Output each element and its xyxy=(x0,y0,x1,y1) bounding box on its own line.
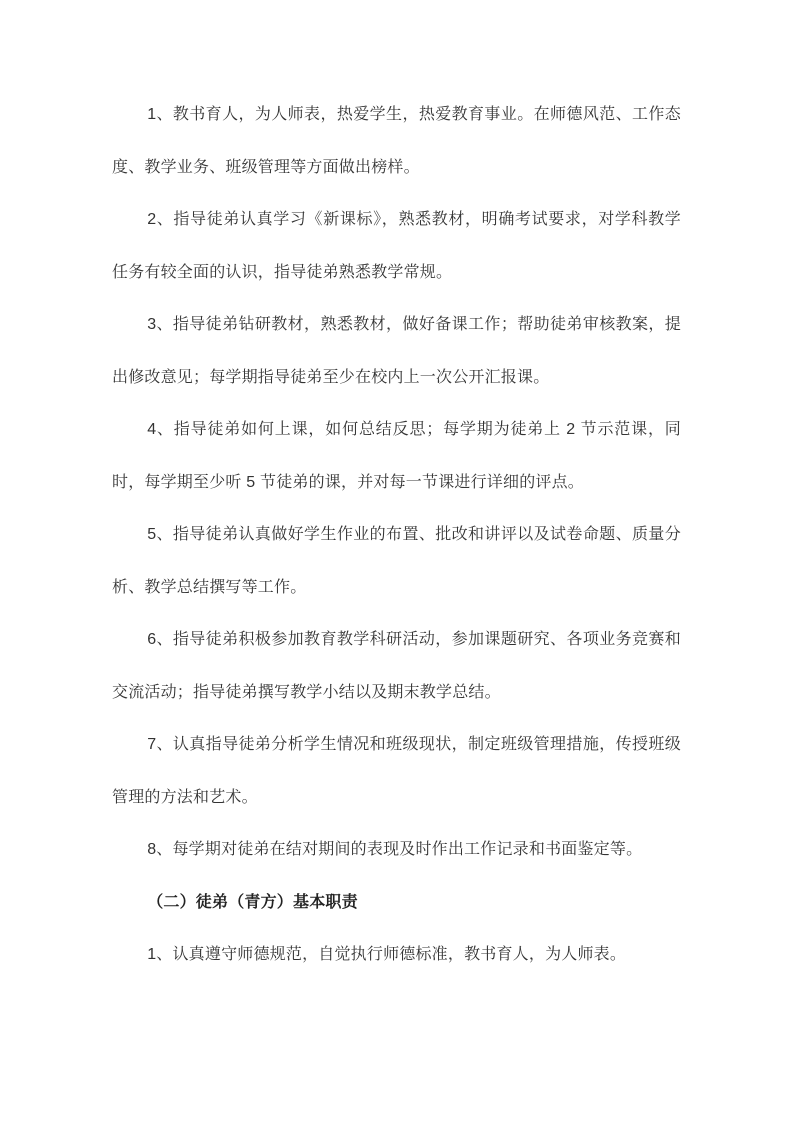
body-paragraph-8: 8、每学期对徒弟在结对期间的表现及时作出工作记录和书面鉴定等。 xyxy=(112,824,681,877)
body-paragraph-7: 7、认真指导徒弟分析学生情况和班级现状，制定班级管理措施，传授班级管理的方法和艺… xyxy=(112,719,681,824)
document-page: 1、教书育人，为人师表，热爱学生，热爱教育事业。在师德风范、工作态度、教学业务、… xyxy=(0,0,793,1122)
body-paragraph-2: 2、指导徒弟认真学习《新课标》，熟悉教材，明确考试要求，对学科教学任务有较全面的… xyxy=(112,194,681,299)
section-heading: （二）徒弟（青方）基本职责 xyxy=(112,877,681,930)
body-paragraph-5: 5、指导徒弟认真做好学生作业的布置、批改和讲评以及试卷命题、质量分析、教学总结撰… xyxy=(112,509,681,614)
body-paragraph-6: 6、指导徒弟积极参加教育教学科研活动，参加课题研究、各项业务竞赛和交流活动；指导… xyxy=(112,614,681,719)
body-paragraph-4: 4、指导徒弟如何上课，如何总结反思；每学期为徒弟上 2 节示范课，同时，每学期至… xyxy=(112,404,681,509)
body-paragraph-3: 3、指导徒弟钻研教材，熟悉教材，做好备课工作；帮助徒弟审核教案，提出修改意见；每… xyxy=(112,299,681,404)
body-paragraph-1: 1、教书育人，为人师表，热爱学生，热爱教育事业。在师德风范、工作态度、教学业务、… xyxy=(112,89,681,194)
body-paragraph-9: 1、认真遵守师德规范，自觉执行师德标准，教书育人，为人师表。 xyxy=(112,929,681,982)
